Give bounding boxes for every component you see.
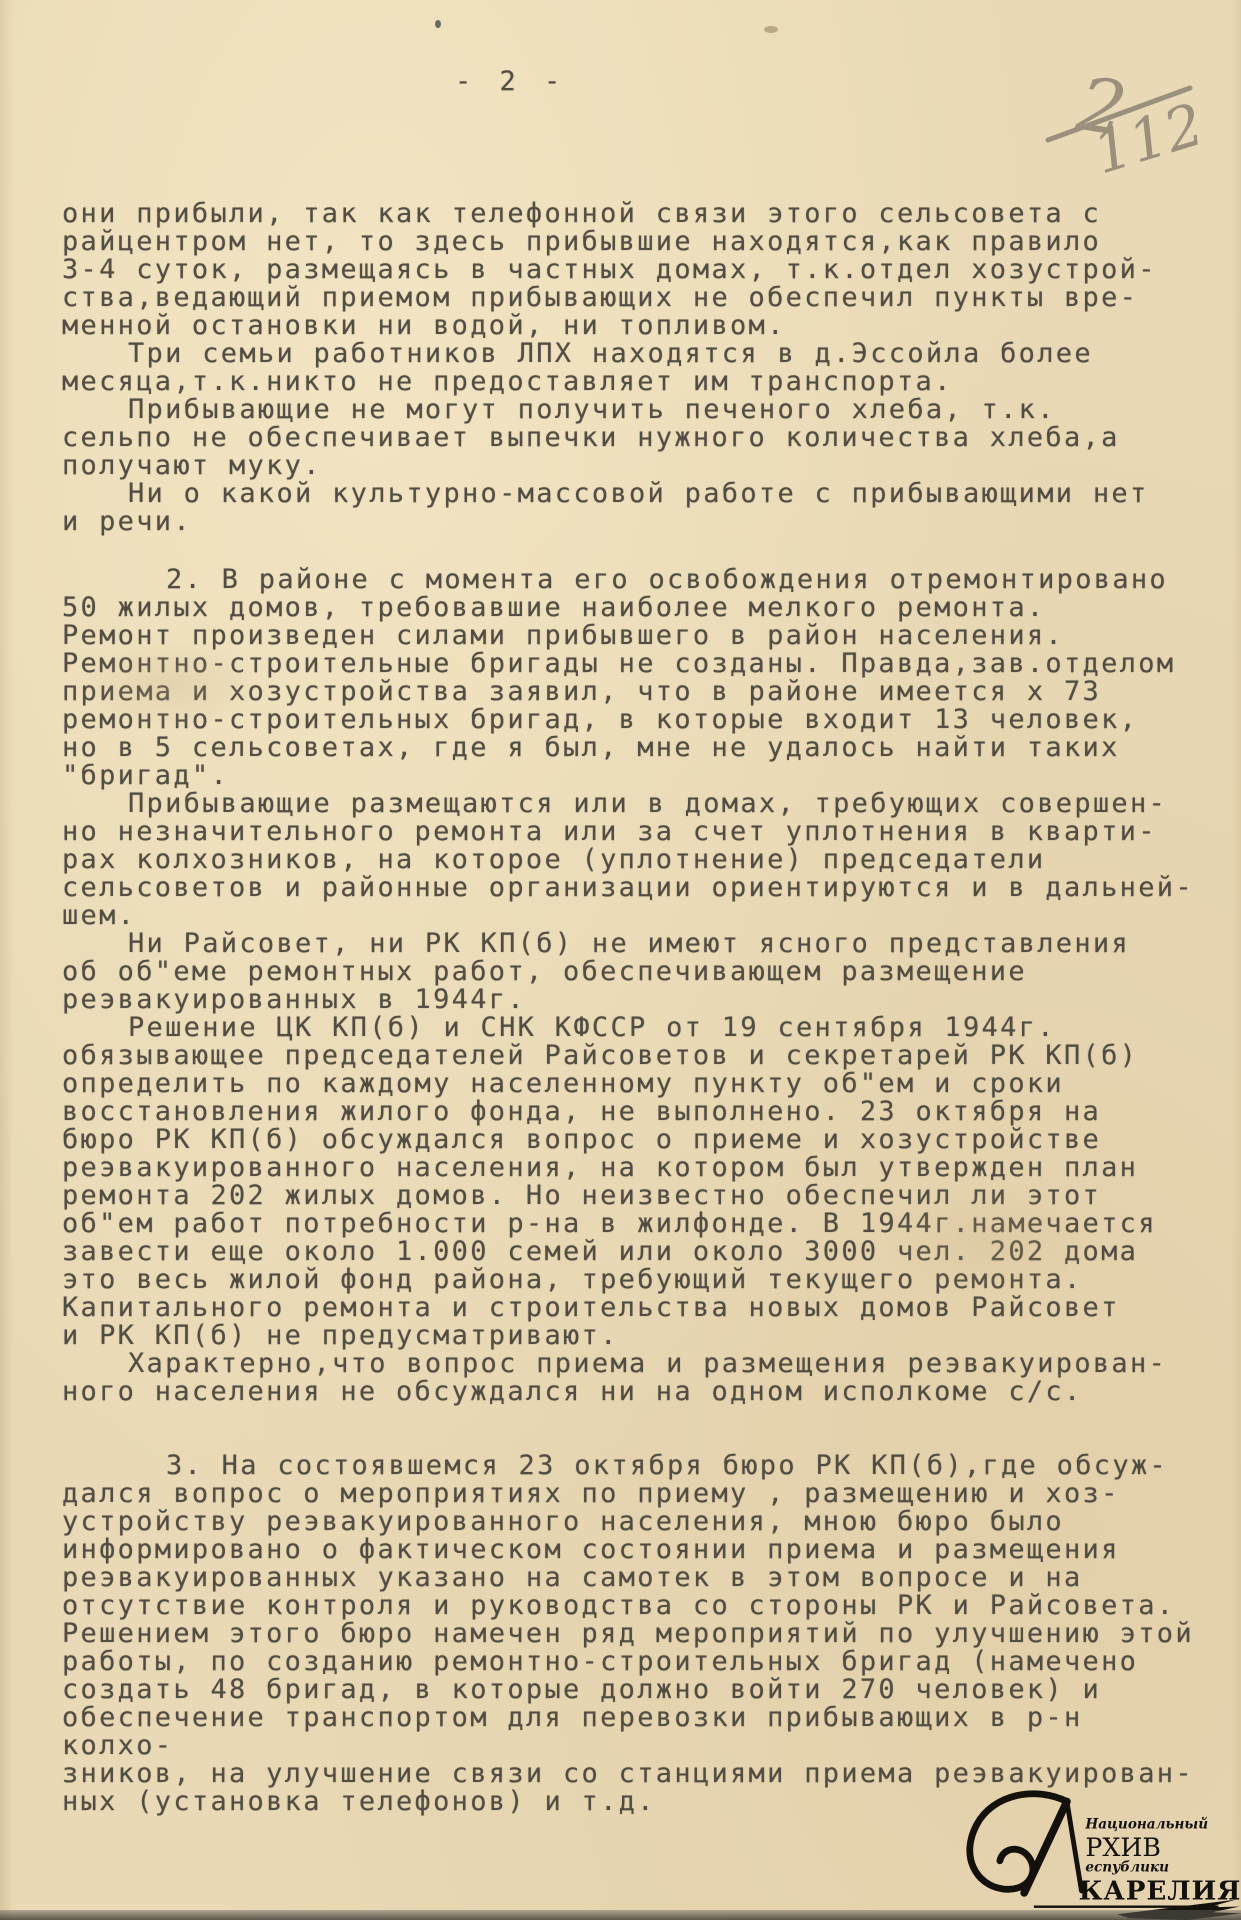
watermark-line-respubliki: еспублики — [1085, 1859, 1169, 1875]
paragraph-10-section-3: 3. На состоявшемся 23 октября бюро РК КП… — [62, 1452, 1212, 1816]
document-body: они прибыли, так как телефонной связи эт… — [62, 200, 1212, 1816]
paragraph-9: Характерно,что вопрос приема и размещени… — [62, 1350, 1212, 1406]
paragraph-3: Прибывающие не могут получить печеного х… — [62, 396, 1212, 480]
paragraph-2: Три семьи работников ЛПХ находятся в д.Э… — [62, 340, 1212, 396]
archive-watermark: Национальный РХИВ еспублики КАРЕЛИЯ — [952, 1786, 1241, 1920]
paper-fiber — [764, 26, 778, 33]
page-number: - 2 - — [455, 66, 566, 97]
paragraph-8: Решение ЦК КП(б) и СНК КФССР от 19 сентя… — [62, 1014, 1212, 1350]
paragraph-5-section-2: 2. В районе с момента его освобождения о… — [62, 566, 1212, 790]
watermark-line-arkhiv: РХИВ — [1085, 1833, 1161, 1862]
paragraph-6: Прибывающие размещаются или в домах, тре… — [62, 790, 1212, 930]
archive-monogram-icon — [970, 1794, 1082, 1893]
paragraph-7: Ни Райсовет, ни РК КП(б) не имеют ясного… — [62, 930, 1212, 1014]
handwritten-page-mark: 2 112 — [1030, 40, 1241, 190]
paragraph-1: они прибыли, так как телефонной связи эт… — [62, 200, 1212, 340]
scan-edge-strip — [0, 1910, 1241, 1920]
scan-speck — [435, 20, 441, 28]
watermark-line-natsionalnyi: Национальный — [1084, 1817, 1208, 1833]
scanned-document-page: - 2 - 2 112 они прибыли, так как телефон… — [0, 0, 1241, 1920]
watermark-line-karelia: КАРЕЛИЯ — [1079, 1876, 1241, 1907]
paragraph-4: Ни о какой культурно-массовой работе с п… — [62, 480, 1212, 536]
